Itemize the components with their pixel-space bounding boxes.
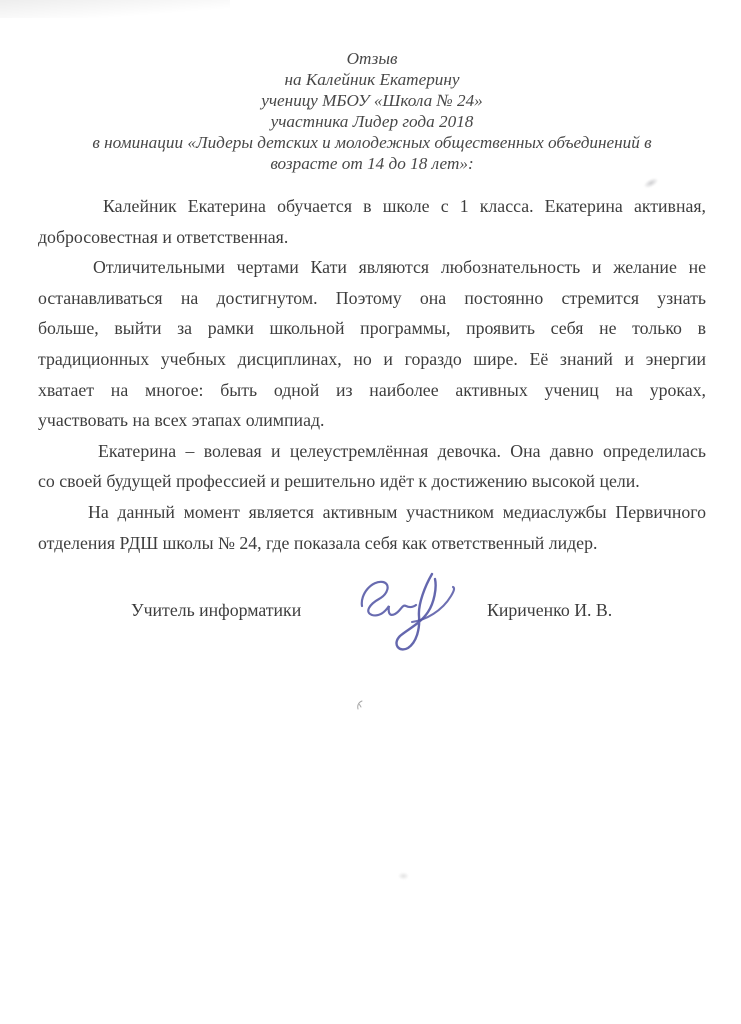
scan-smudge [642, 176, 660, 191]
header-line: участника Лидер года 2018 [38, 111, 706, 132]
body-line: останавливаться на достигнутом. Поэтому … [38, 283, 706, 314]
signature-stroke [362, 582, 416, 616]
body-line: добросовестная и ответственная. [38, 222, 706, 253]
body-line: Екатерина – волевая и целеустремлённая д… [38, 436, 706, 467]
body-line: участвовать на всех этапах олимпиад. [38, 405, 706, 436]
header-line: ученицу МБОУ «Школа № 24» [38, 90, 706, 111]
body-line: На данный момент является активным участ… [38, 497, 706, 528]
handwritten-signature [346, 566, 468, 662]
body-line: хватает на многое: быть одной из наиболе… [38, 375, 706, 406]
body-line: больше, выйти за рамки школьной программ… [38, 313, 706, 344]
document-header: Отзыв на Калейник Екатерину ученицу МБОУ… [38, 48, 706, 174]
body-line: Отличительными чертами Кати являются люб… [38, 252, 706, 283]
body-line: традиционных учебных дисциплинах, но и г… [38, 344, 706, 375]
header-line: Отзыв [38, 48, 706, 69]
body-line: Калейник Екатерина обучается в школе с 1… [38, 191, 706, 222]
scan-edge-shade [0, 0, 230, 18]
signature-role: Учитель информатики [131, 600, 301, 621]
header-line: в номинации «Лидеры детских и молодежных… [38, 132, 706, 153]
header-line: возрасте от 14 до 18 лет»: [38, 153, 706, 174]
signer-name: Кириченко И. В. [487, 600, 612, 621]
scan-speck-faint [398, 872, 409, 880]
document-body: Калейник Екатерина обучается в школе с 1… [38, 191, 706, 558]
document-page: Отзыв на Калейник Екатерину ученицу МБОУ… [0, 0, 741, 1024]
signature-stroke [396, 574, 435, 649]
header-line: на Калейник Екатерину [38, 69, 706, 90]
body-line: со своей будущей профессией и решительно… [38, 466, 706, 497]
body-line: отделения РДШ школы № 24, где показала с… [38, 528, 706, 559]
scan-speck [356, 700, 364, 710]
